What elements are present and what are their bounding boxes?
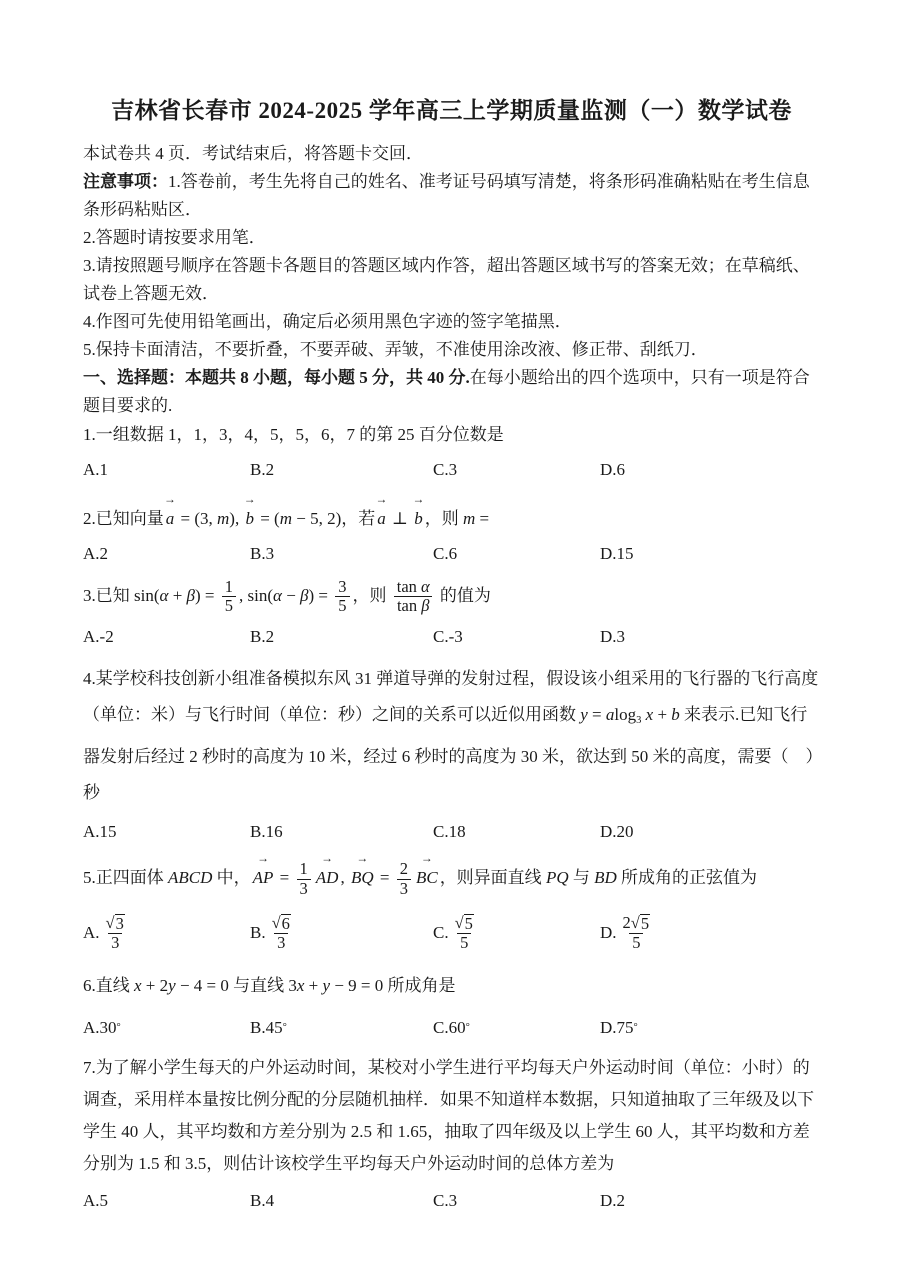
question-1-option-b: B.2 bbox=[250, 456, 433, 484]
text-run: 6.直线 bbox=[83, 976, 134, 995]
math-run: 3 bbox=[288, 976, 297, 995]
math-var: y bbox=[168, 976, 176, 995]
text-run: ，则 bbox=[353, 586, 391, 605]
math-run: B.45 bbox=[250, 1014, 283, 1042]
math-sqrt: 5 bbox=[455, 914, 474, 933]
question-1-stem: 1.一组数据 1，1，3，4，5，5，6，7 的第 25 百分位数是 bbox=[83, 420, 820, 449]
text-run: 所成角的正弦值为 bbox=[617, 868, 757, 887]
question-7-option-c: C.3 bbox=[433, 1187, 600, 1215]
math-run: = bbox=[475, 509, 489, 528]
text-run: 1.一组数据 1，1，3，4，5，5，6，7 的第 25 百分位数是 bbox=[83, 425, 504, 444]
question-3-option-b: B.2 bbox=[250, 623, 433, 651]
notice-item-4: 4.作图可先使用铅笔画出，确定后必须用黑色字迹的签字笔描黑． bbox=[83, 308, 820, 336]
math-fraction: 13 bbox=[297, 860, 311, 898]
question-2-stem: 2.已知向量a = (3, m), b = (m − 5, 2)，若a ⊥ b，… bbox=[83, 498, 820, 533]
math-var: m bbox=[280, 509, 292, 528]
notice-item-5: 5.保持卡面清洁，不要折叠，不要弄破、弄皱，不准使用涂改液、修正带、刮纸刀． bbox=[83, 336, 820, 364]
exam-paper-page: 吉林省长春市 2024-2025 学年高三上学期质量监测（一）数学试卷 本试卷共… bbox=[0, 0, 900, 1273]
fraction-denominator: 3 bbox=[397, 879, 411, 898]
question-2: 2.已知向量a = (3, m), b = (m − 5, 2)，若a ⊥ b，… bbox=[83, 498, 820, 568]
section-1-header: 一、选择题：本题共 8 小题，每小题 5 分，共 40 分.在每小题给出的四个选… bbox=[83, 364, 820, 420]
math-fraction: 35 bbox=[335, 578, 349, 616]
text-run: 2.已知向量 bbox=[83, 509, 164, 528]
fraction-numerator: 3 bbox=[103, 914, 128, 933]
math-var: y bbox=[323, 976, 331, 995]
notice-item-2: 2.答题时请按要求用笔． bbox=[83, 224, 820, 252]
math-run: ), bbox=[229, 509, 243, 528]
fraction-numerator: tan α bbox=[394, 578, 433, 596]
math-superscript: ° bbox=[466, 1014, 470, 1042]
math-run: B.2 bbox=[250, 623, 274, 651]
math-run: log bbox=[614, 705, 636, 724]
math-vector: a bbox=[375, 504, 388, 533]
fraction-denominator: 5 bbox=[629, 933, 643, 952]
fraction-denominator: 3 bbox=[108, 933, 122, 952]
question-1: 1.一组数据 1，1，3，4，5，5，6，7 的第 25 百分位数是A.1B.2… bbox=[83, 420, 820, 484]
math-vector: BC bbox=[414, 863, 440, 892]
exam-title: 吉林省长春市 2024-2025 学年高三上学期质量监测（一）数学试卷 bbox=[83, 96, 820, 126]
question-1-options: A.1B.2C.3D.6 bbox=[83, 456, 820, 484]
fraction-numerator: 25 bbox=[620, 914, 654, 933]
math-run: ) = bbox=[195, 586, 219, 605]
question-3-stem: 3.已知 sin(α + β) = 15, sin(α − β) = 35，则 … bbox=[83, 578, 820, 616]
question-1-option-c: C.3 bbox=[433, 456, 600, 484]
math-var: m bbox=[217, 509, 229, 528]
text-run: ，则异面直线 bbox=[440, 868, 546, 887]
math-run: A.30 bbox=[83, 1014, 117, 1042]
math-run: C.-3 bbox=[433, 623, 463, 651]
questions-list: 1.一组数据 1，1，3，4，5，5，6，7 的第 25 百分位数是A.1B.2… bbox=[83, 420, 820, 1215]
math-fraction: tan αtan β bbox=[394, 578, 433, 616]
text-run: ，则 bbox=[425, 509, 463, 528]
math-run: B.4 bbox=[250, 1187, 274, 1215]
fraction-numerator: 3 bbox=[335, 578, 349, 596]
math-run: = bbox=[376, 868, 394, 887]
math-var: β bbox=[187, 586, 195, 605]
math-run: − 5, 2) bbox=[292, 509, 341, 528]
question-5-stem: 5.正四面体 ABCD 中，AP = 13AD, BQ = 23BC，则异面直线… bbox=[83, 860, 820, 898]
math-vector: a bbox=[164, 504, 177, 533]
vector-letters: b bbox=[245, 509, 254, 528]
fraction-denominator: 3 bbox=[297, 879, 311, 898]
math-var: β bbox=[300, 586, 308, 605]
math-superscript: ° bbox=[283, 1014, 287, 1042]
question-1-option-d: D.6 bbox=[600, 456, 820, 484]
math-var: PQ bbox=[546, 868, 569, 887]
text-run: 的值为 bbox=[436, 586, 491, 605]
question-3: 3.已知 sin(α + β) = 15, sin(α − β) = 35，则 … bbox=[83, 578, 820, 651]
notice-label: 注意事项： bbox=[83, 172, 168, 191]
question-6-option-c: C.60° bbox=[433, 1014, 600, 1042]
question-3-options: A.-2B.2C.-3D.3 bbox=[83, 623, 820, 651]
math-run: = bbox=[275, 868, 293, 887]
math-sqrt: 3 bbox=[106, 914, 125, 933]
math-run: B. bbox=[250, 919, 266, 947]
math-run: D.6 bbox=[600, 456, 625, 484]
question-2-option-d: D.15 bbox=[600, 540, 820, 568]
vector-letters: AD bbox=[316, 868, 339, 887]
math-vector: BQ bbox=[349, 863, 376, 892]
text-run: 与直线 bbox=[229, 976, 289, 995]
fraction-numerator: 2 bbox=[397, 860, 411, 878]
question-6-option-d: D.75° bbox=[600, 1014, 820, 1042]
math-run: , sin( bbox=[239, 586, 273, 605]
math-run: ) = bbox=[309, 586, 333, 605]
text-run: 7.为了解小学生每天的户外运动时间，某校对小学生进行平均每天户外运动时间（单位：… bbox=[83, 1058, 814, 1173]
math-var: ABCD bbox=[168, 868, 212, 887]
sqrt-radicand: 3 bbox=[115, 914, 125, 933]
math-run: B.3 bbox=[250, 540, 274, 568]
fraction-denominator: 5 bbox=[457, 933, 471, 952]
math-var: x bbox=[641, 705, 653, 724]
fraction-denominator: 5 bbox=[335, 596, 349, 615]
math-run: C. bbox=[433, 919, 449, 947]
vector-letters: a bbox=[166, 509, 175, 528]
question-3-option-d: D.3 bbox=[600, 623, 820, 651]
math-vector: b bbox=[412, 504, 425, 533]
vector-letters: BQ bbox=[351, 868, 374, 887]
question-4-option-d: D.20 bbox=[600, 818, 820, 846]
math-run: C.60 bbox=[433, 1014, 466, 1042]
question-5-option-b: B.63 bbox=[250, 914, 433, 953]
math-run: ⊥ bbox=[388, 509, 413, 528]
notice-item-1: 1.答卷前，考生先将自己的姓名、准考证号码填写清楚，将条形码准确粘贴在考生信息条… bbox=[83, 172, 810, 219]
math-sqrt: 5 bbox=[631, 914, 650, 933]
math-vector: b bbox=[243, 504, 256, 533]
question-2-option-b: B.3 bbox=[250, 540, 433, 568]
section-1-header-bold: 一、选择题：本题共 8 小题，每小题 5 分，共 40 分. bbox=[83, 368, 470, 387]
question-6-option-a: A.30° bbox=[83, 1014, 250, 1042]
math-run: A.15 bbox=[83, 818, 117, 846]
math-fraction: 55 bbox=[452, 914, 477, 953]
fraction-numerator: 6 bbox=[269, 914, 294, 933]
math-run: D.75 bbox=[600, 1014, 634, 1042]
math-run: A.-2 bbox=[83, 623, 114, 651]
fraction-numerator: 1 bbox=[222, 578, 236, 596]
notice-item-3: 3.请按照题号顺序在答题卡各题目的答题区域内作答，超出答题区域书写的答案无效；在… bbox=[83, 252, 820, 308]
question-3-option-c: C.-3 bbox=[433, 623, 600, 651]
question-7-option-b: B.4 bbox=[250, 1187, 433, 1215]
math-run: D.15 bbox=[600, 540, 634, 568]
math-run: D.3 bbox=[600, 623, 625, 651]
vector-letters: BC bbox=[416, 868, 438, 887]
fraction-denominator: 3 bbox=[274, 933, 288, 952]
question-7-stem: 7.为了解小学生每天的户外运动时间，某校对小学生进行平均每天户外运动时间（单位：… bbox=[83, 1052, 820, 1180]
math-run: − bbox=[282, 586, 300, 605]
question-4-option-b: B.16 bbox=[250, 818, 433, 846]
question-2-options: A.2B.3C.6D.15 bbox=[83, 540, 820, 568]
math-superscript: ° bbox=[634, 1014, 638, 1042]
math-run: = (3, bbox=[176, 509, 217, 528]
question-7: 7.为了解小学生每天的户外运动时间，某校对小学生进行平均每天户外运动时间（单位：… bbox=[83, 1052, 820, 1215]
math-run: A.2 bbox=[83, 540, 108, 568]
math-sqrt: 6 bbox=[272, 914, 291, 933]
text-run: 所成角是 bbox=[383, 976, 455, 995]
math-vector: AD bbox=[314, 863, 341, 892]
math-run: C.3 bbox=[433, 1187, 457, 1215]
math-run: + 2 bbox=[142, 976, 169, 995]
math-run: + bbox=[168, 586, 186, 605]
question-6-option-b: B.45° bbox=[250, 1014, 433, 1042]
math-run: B.2 bbox=[250, 456, 274, 484]
text-run: ，若 bbox=[341, 509, 375, 528]
math-run: C.6 bbox=[433, 540, 457, 568]
math-var: α bbox=[273, 586, 282, 605]
question-4-options: A.15B.16C.18D.20 bbox=[83, 818, 820, 846]
math-fraction: 23 bbox=[397, 860, 411, 898]
math-run: − 9 = 0 bbox=[330, 976, 383, 995]
math-superscript: ° bbox=[117, 1014, 121, 1042]
math-run: tan bbox=[397, 577, 421, 596]
math-run: D. bbox=[600, 919, 617, 947]
math-run: 2 bbox=[623, 913, 631, 932]
math-run: A.1 bbox=[83, 456, 108, 484]
intro-line: 本试卷共 4 页．考试结束后，将答题卡交回． bbox=[83, 140, 820, 168]
math-run: , bbox=[340, 868, 349, 887]
math-var: m bbox=[463, 509, 475, 528]
question-6: 6.直线 x + 2y − 4 = 0 与直线 3x + y − 9 = 0 所… bbox=[83, 971, 820, 1042]
text-run: 5.正四面体 bbox=[83, 868, 168, 887]
math-fraction: 63 bbox=[269, 914, 294, 953]
sqrt-radicand: 5 bbox=[640, 914, 650, 933]
question-5: 5.正四面体 ABCD 中，AP = 13AD, BQ = 23BC，则异面直线… bbox=[83, 860, 820, 953]
math-run: + bbox=[304, 976, 322, 995]
math-fraction: 33 bbox=[103, 914, 128, 953]
math-run: A. bbox=[83, 919, 100, 947]
question-6-options: A.30°B.45°C.60°D.75° bbox=[83, 1014, 820, 1042]
math-fraction: 15 bbox=[222, 578, 236, 616]
text-run: 中， bbox=[212, 868, 250, 887]
fraction-denominator: 5 bbox=[222, 596, 236, 615]
math-run: + bbox=[653, 705, 671, 724]
math-run: tan bbox=[397, 596, 421, 615]
math-run: D.20 bbox=[600, 818, 634, 846]
fraction-denominator: tan β bbox=[394, 596, 432, 615]
question-2-option-c: C.6 bbox=[433, 540, 600, 568]
question-1-option-a: A.1 bbox=[83, 456, 250, 484]
vector-letters: b bbox=[414, 509, 423, 528]
question-3-option-a: A.-2 bbox=[83, 623, 250, 651]
math-run: = bbox=[588, 705, 606, 724]
question-7-option-a: A.5 bbox=[83, 1187, 250, 1215]
fraction-numerator: 1 bbox=[297, 860, 311, 878]
vector-letters: AP bbox=[253, 868, 274, 887]
vector-letters: a bbox=[377, 509, 386, 528]
math-run: C.18 bbox=[433, 818, 466, 846]
math-var: b bbox=[671, 705, 680, 724]
math-var: x bbox=[134, 976, 142, 995]
math-vector: AP bbox=[251, 863, 276, 892]
question-4: 4.某学校科技创新小组准备模拟东风 31 弹道导弹的发射过程，假设该小组采用的飞… bbox=[83, 661, 820, 846]
notice-first-line: 注意事项：1.答卷前，考生先将自己的姓名、准考证号码填写清楚，将条形码准确粘贴在… bbox=[83, 168, 820, 224]
question-4-option-c: C.18 bbox=[433, 818, 600, 846]
math-var: α bbox=[421, 577, 430, 596]
math-run: = ( bbox=[256, 509, 280, 528]
question-5-options: A.33B.63C.55D.255 bbox=[83, 914, 820, 953]
sqrt-radicand: 5 bbox=[464, 914, 474, 933]
question-5-option-c: C.55 bbox=[433, 914, 600, 953]
math-run: A.5 bbox=[83, 1187, 108, 1215]
math-fraction: 255 bbox=[620, 914, 654, 953]
math-run: B.16 bbox=[250, 818, 283, 846]
question-2-option-a: A.2 bbox=[83, 540, 250, 568]
question-7-options: A.5B.4C.3D.2 bbox=[83, 1187, 820, 1215]
question-7-option-d: D.2 bbox=[600, 1187, 820, 1215]
question-4-option-a: A.15 bbox=[83, 818, 250, 846]
math-var: BD bbox=[594, 868, 617, 887]
sqrt-radicand: 6 bbox=[281, 914, 291, 933]
question-5-option-d: D.255 bbox=[600, 914, 820, 953]
fraction-numerator: 5 bbox=[452, 914, 477, 933]
text-run: 3.已知 bbox=[83, 586, 134, 605]
math-run: D.2 bbox=[600, 1187, 625, 1215]
question-5-option-a: A.33 bbox=[83, 914, 250, 953]
question-6-stem: 6.直线 x + 2y − 4 = 0 与直线 3x + y − 9 = 0 所… bbox=[83, 971, 820, 1000]
math-run: sin( bbox=[134, 586, 160, 605]
question-4-stem: 4.某学校科技创新小组准备模拟东风 31 弹道导弹的发射过程，假设该小组采用的飞… bbox=[83, 661, 820, 811]
math-run: − 4 = 0 bbox=[176, 976, 229, 995]
math-var: y bbox=[580, 705, 588, 724]
math-run: C.3 bbox=[433, 456, 457, 484]
math-var: β bbox=[421, 596, 429, 615]
text-run: 与 bbox=[569, 868, 595, 887]
